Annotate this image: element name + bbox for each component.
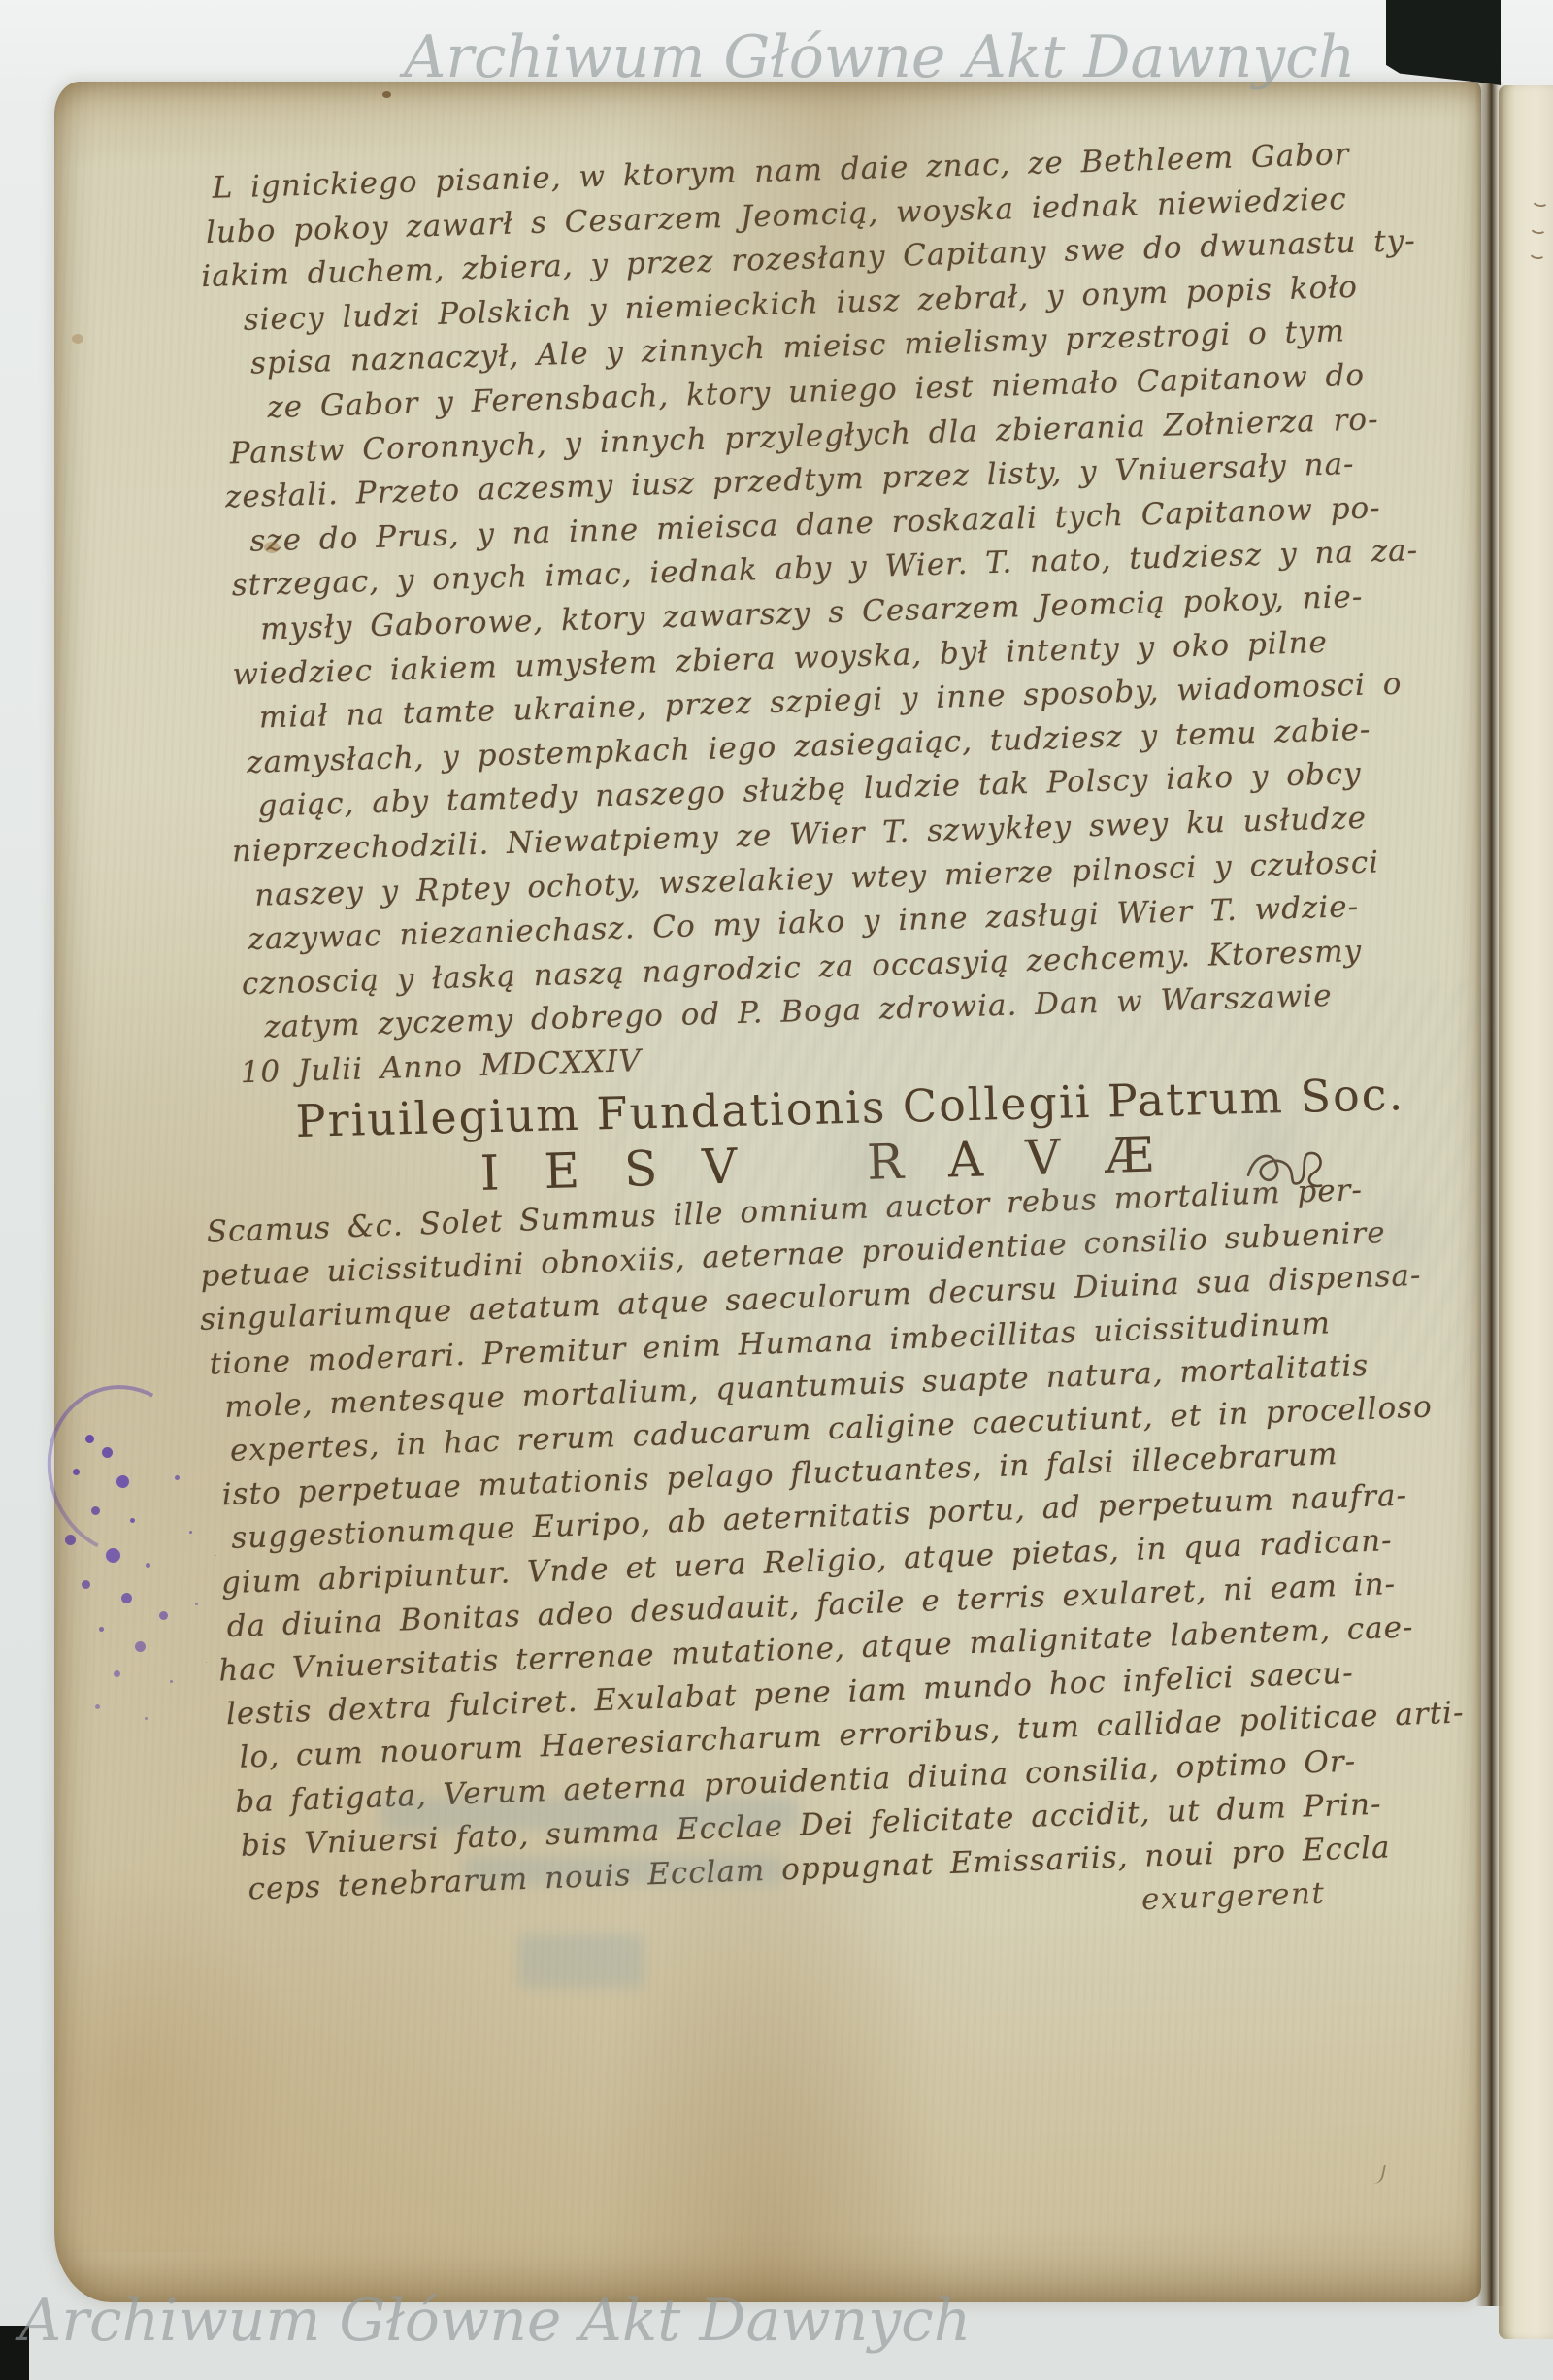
- catchword: exurgerent: [1140, 1876, 1326, 1918]
- ink-show-through: [380, 1798, 798, 1831]
- watermark-bottom: Archiwum Główne Akt Dawnych: [19, 2287, 971, 2355]
- adjacent-page-edge: [1499, 85, 1553, 2339]
- stamp-splatter: [85, 1435, 94, 1443]
- embossed-emblem-ghost: [611, 980, 1485, 1407]
- stamp-arc: [23, 1363, 226, 1577]
- black-tab-top: [1386, 0, 1501, 85]
- polish-letter-block: L ignickiego pisanie, w ktorym nam daie …: [204, 131, 1440, 1096]
- ink-speck: [382, 91, 391, 98]
- foxing-stain: [54, 1844, 307, 2252]
- ink-speck: [72, 334, 83, 344]
- page-gutter: [1475, 82, 1504, 2306]
- watermark-top: Archiwum Główne Akt Dawnych: [404, 23, 1355, 91]
- ink-show-through: [518, 1934, 644, 1988]
- ink-speck: [264, 542, 280, 553]
- ink-show-through: [464, 1856, 784, 1885]
- archive-scan: L ignickiego pisanie, w ktorym nam daie …: [0, 0, 1553, 2380]
- ink-stamp-remnant: [47, 1376, 270, 1745]
